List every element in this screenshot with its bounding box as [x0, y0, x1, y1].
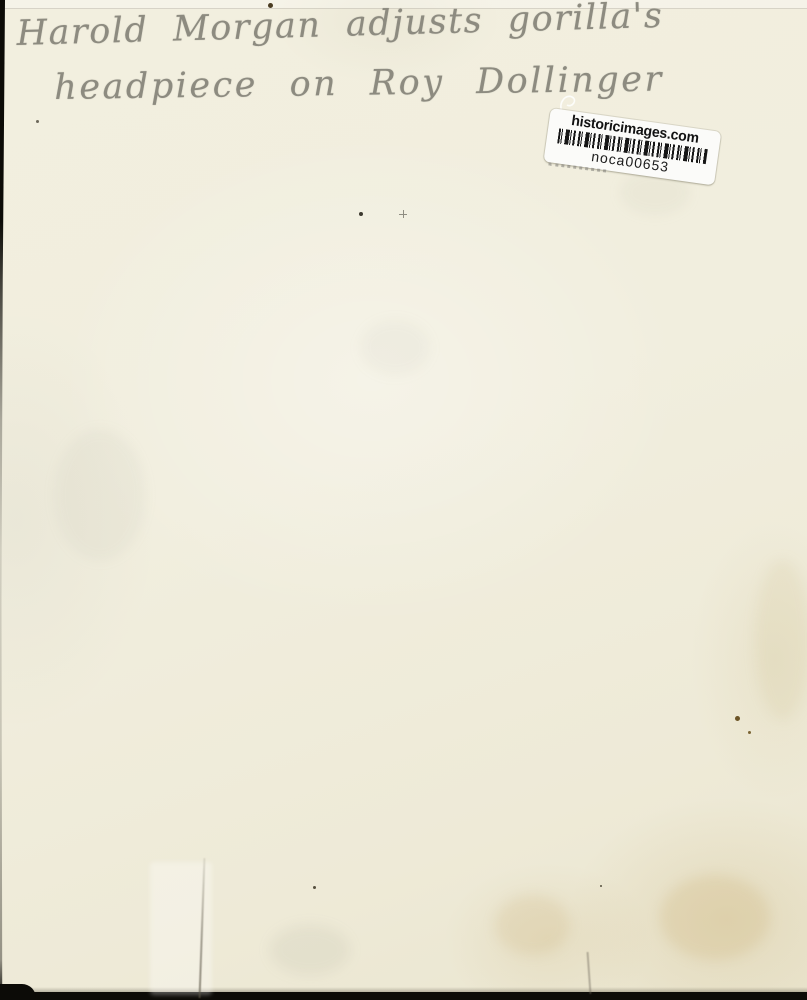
inventory-sticker: historicimages.com noca00653 — [543, 108, 721, 185]
photo-back-scan: Harold Morgan adjusts gorilla's headpiec… — [0, 0, 807, 1000]
paper-speck — [735, 716, 740, 721]
paper-bottom-left-corner-shadow — [0, 984, 36, 1000]
paper-speck — [359, 212, 363, 216]
paper-speck — [313, 886, 316, 889]
paper-stain — [270, 925, 350, 975]
paper-left-edge-shadow — [0, 0, 5, 1000]
paper-speck — [748, 731, 751, 734]
paper-stain — [660, 875, 770, 960]
paper-speck — [36, 120, 39, 123]
paper-speck — [600, 885, 602, 887]
paper-stain — [755, 560, 807, 720]
paper-stain — [55, 430, 145, 560]
paper-stain — [360, 320, 430, 375]
paper-bottom-edge-shadow — [0, 992, 807, 1000]
pencil-cross-mark — [399, 210, 407, 218]
paper-stain — [495, 895, 570, 955]
